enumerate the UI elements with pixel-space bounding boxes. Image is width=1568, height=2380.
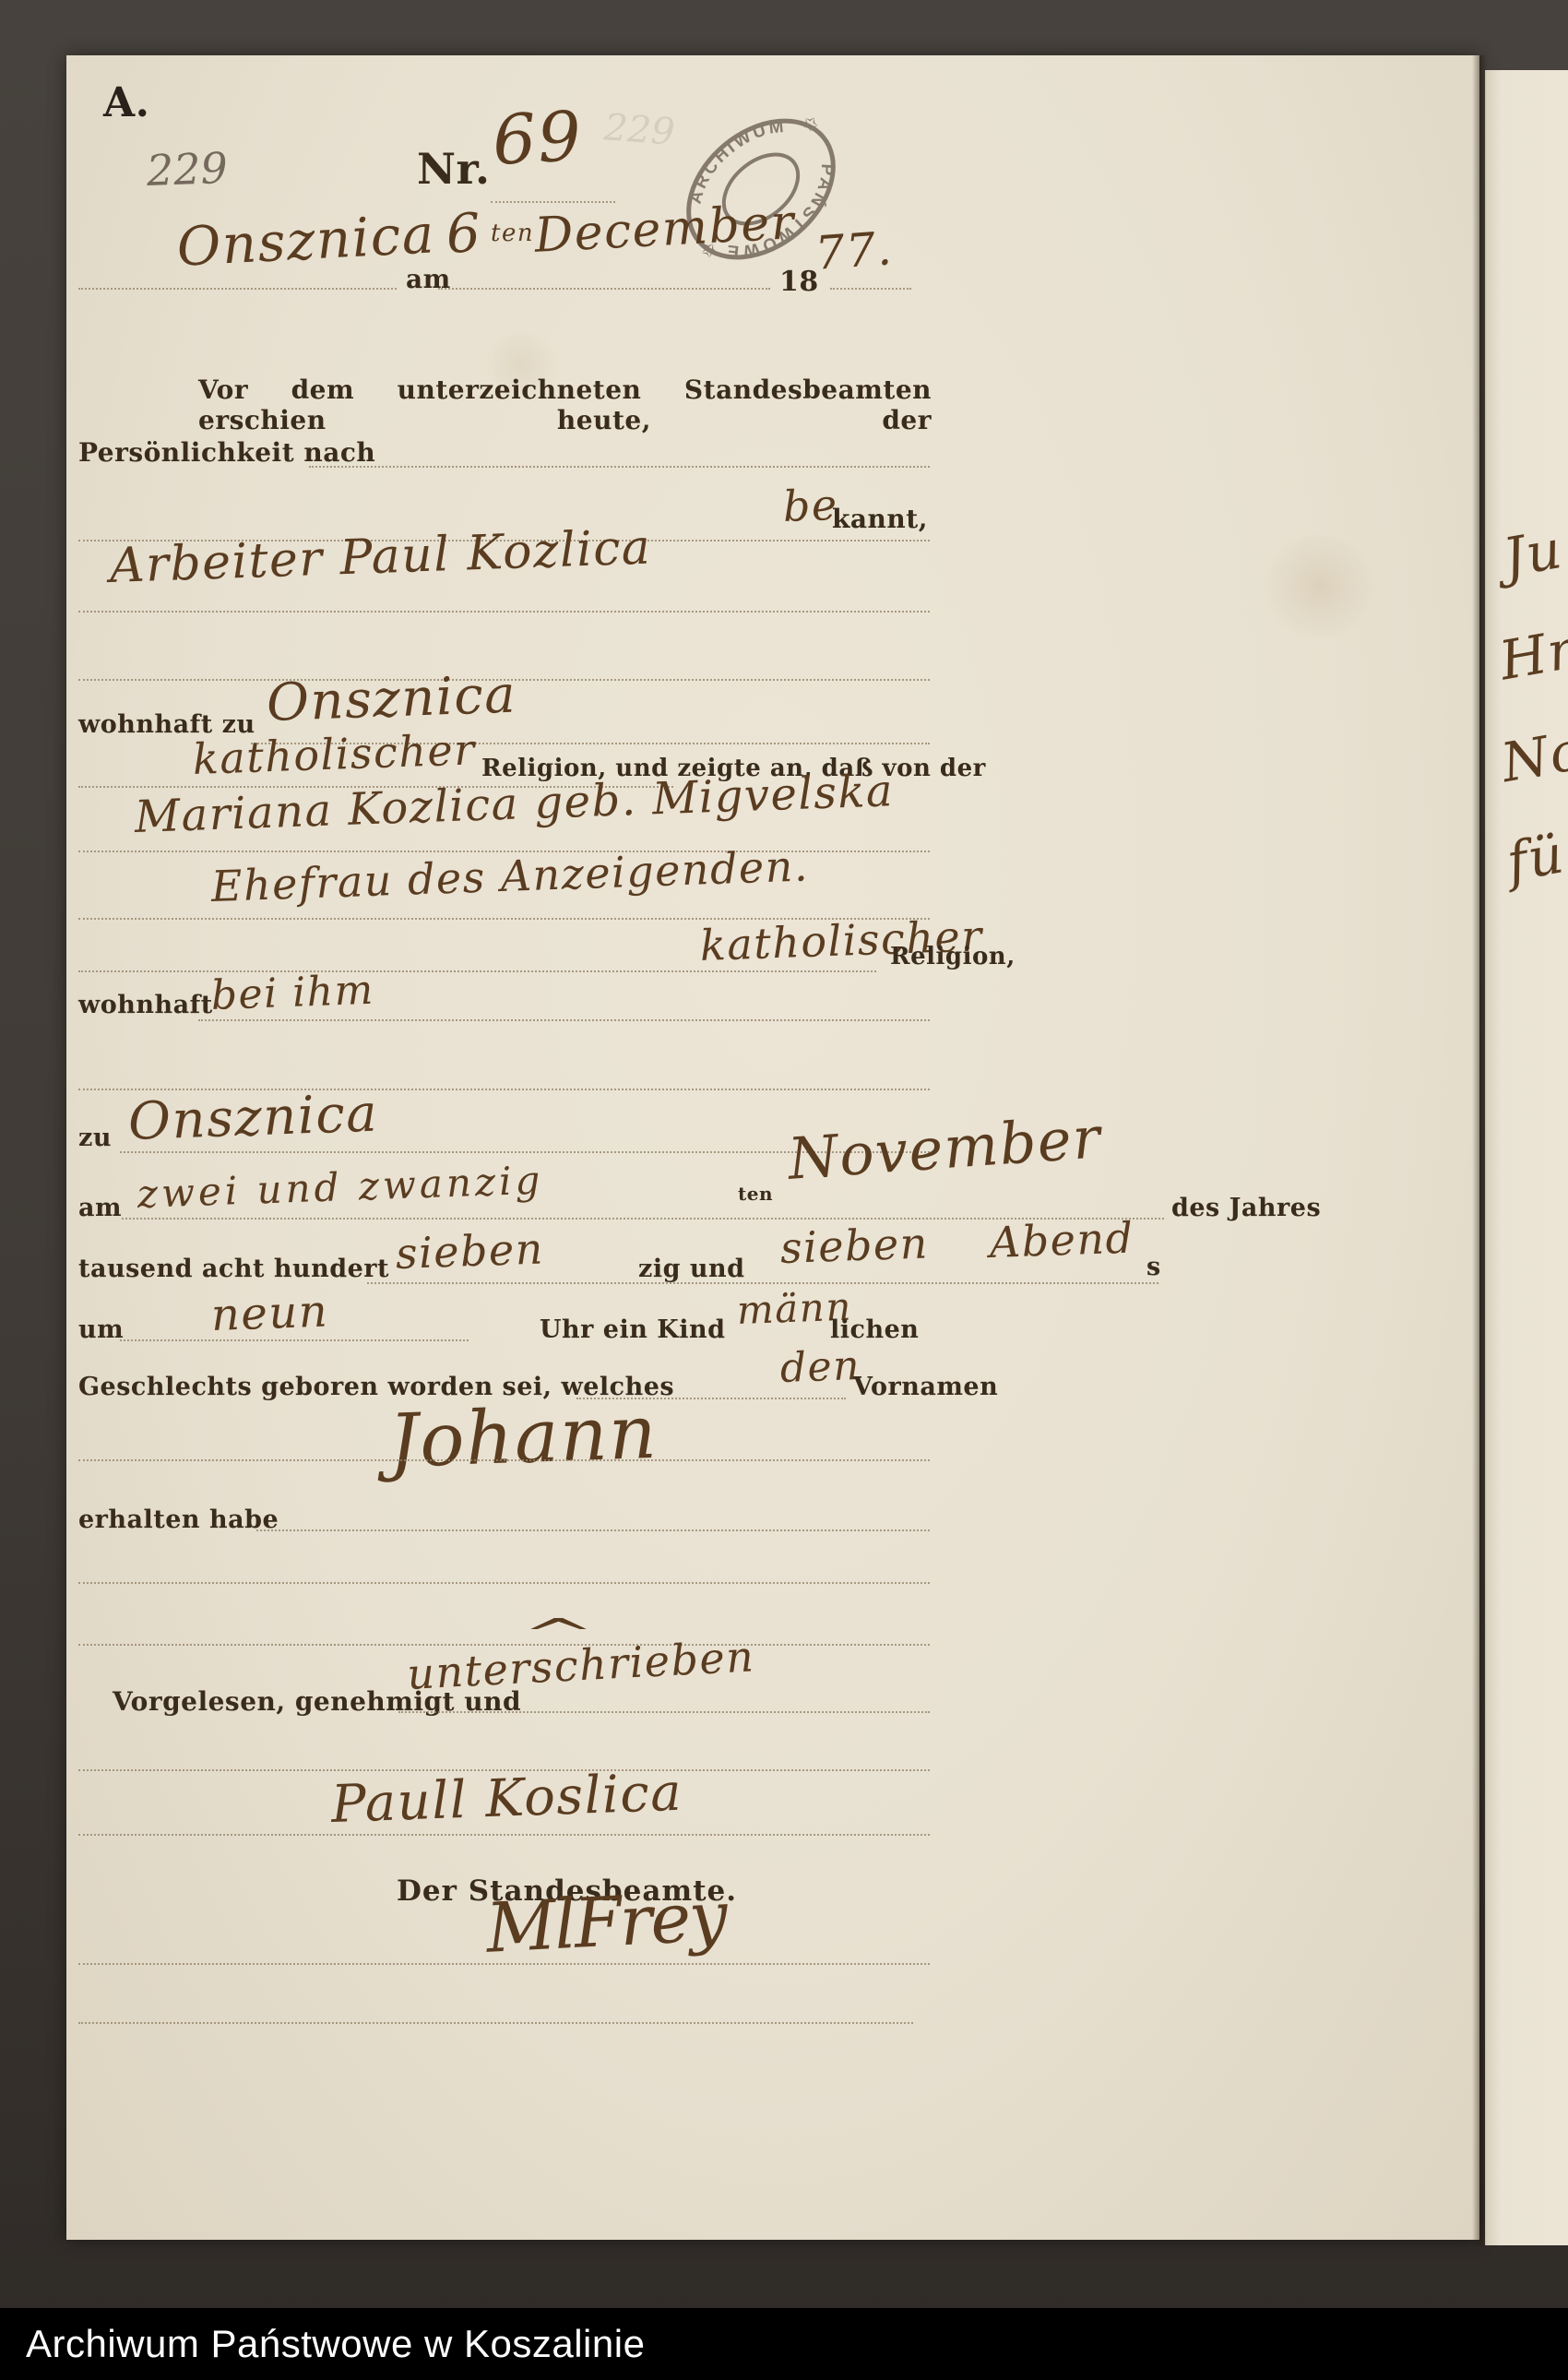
day-suffix-printed: ten bbox=[738, 1183, 773, 1205]
dotted-line bbox=[78, 611, 930, 613]
dotted-line bbox=[78, 1963, 930, 1965]
adjacent-page-fragment: No bbox=[1497, 719, 1568, 794]
archive-scan: Ju Hr No fü A. 229 229 Nr. 69 ARCHIWUM P… bbox=[0, 0, 1568, 2380]
year-printed: 18 bbox=[779, 266, 819, 298]
year-written: 77. bbox=[814, 221, 895, 280]
dotted-line bbox=[367, 1282, 1158, 1284]
dotted-line bbox=[78, 2022, 913, 2024]
erhalten-label: erhalten habe bbox=[78, 1505, 279, 1534]
form-letter-label: A. bbox=[103, 79, 149, 126]
den-hand: den bbox=[779, 1342, 861, 1392]
des-jahres-label: des Jahres bbox=[1171, 1194, 1321, 1222]
declarant-residence: Onsznica bbox=[266, 665, 517, 733]
year-ones-hand: sieben bbox=[779, 1218, 930, 1273]
bekannt-printed: kannt, bbox=[832, 504, 928, 534]
decade-hand: sieben bbox=[395, 1223, 545, 1279]
pencil-number-ghost: 229 bbox=[602, 106, 675, 153]
signature-declarant: Paull Koslica bbox=[330, 1763, 683, 1835]
religion2-printed: Religion, bbox=[890, 943, 1016, 970]
dotted-line bbox=[78, 1834, 930, 1836]
um-label: um bbox=[78, 1315, 124, 1344]
s-label: s bbox=[1146, 1253, 1161, 1281]
wohnhaft-label: wohnhaft bbox=[78, 991, 213, 1019]
birth-place: Onsznica bbox=[127, 1084, 379, 1152]
bekannt-hand: be bbox=[782, 480, 839, 531]
dotted-line bbox=[198, 1019, 930, 1021]
intro-line: Vor dem unterzeichneten Standesbeamten e… bbox=[198, 375, 932, 435]
archive-name: Archiwum Państwowe w Koszalinie bbox=[0, 2308, 1568, 2380]
zig-und-label: zig und bbox=[638, 1255, 745, 1283]
adjacent-page-fragment: Hr bbox=[1495, 617, 1568, 692]
archive-footer-bar: Archiwum Państwowe w Koszalinie bbox=[0, 2308, 1568, 2380]
dotted-line bbox=[491, 201, 615, 203]
dotted-line bbox=[120, 1339, 469, 1341]
am-birth-label: am bbox=[78, 1194, 122, 1222]
registration-day-suffix: ten bbox=[491, 220, 534, 247]
nr-label: Nr. bbox=[417, 144, 491, 194]
dotted-line bbox=[78, 288, 397, 290]
wohnhaft-hand: bei ihm bbox=[210, 967, 375, 1019]
registration-day: 6 bbox=[445, 201, 483, 266]
religion1-hand: katholischer bbox=[192, 724, 476, 784]
nr-value: 69 bbox=[491, 97, 585, 181]
lichen-label: lichen bbox=[830, 1315, 919, 1344]
vornamen-label: Vornamen bbox=[853, 1373, 998, 1401]
dotted-line bbox=[256, 1529, 930, 1531]
am-label: am bbox=[406, 264, 451, 294]
dotted-line bbox=[309, 466, 930, 468]
dotted-line bbox=[78, 1582, 930, 1584]
adjacent-page-edge: Ju Hr No fü bbox=[1485, 70, 1568, 2245]
dotted-line bbox=[78, 1459, 930, 1461]
signature-officer: MlFrey bbox=[484, 1876, 728, 1968]
page-fold-shadow bbox=[1472, 55, 1487, 2246]
dotted-line bbox=[830, 288, 911, 290]
dotted-line bbox=[438, 288, 770, 290]
uhr-label: Uhr ein Kind bbox=[540, 1315, 726, 1344]
daytime-hand: Abend bbox=[989, 1213, 1134, 1267]
adjacent-page-fragment: Ju bbox=[1499, 518, 1567, 589]
dotted-line bbox=[78, 970, 876, 972]
pencil-number: 229 bbox=[146, 143, 229, 196]
persoenlichkeit-label: Persönlichkeit nach bbox=[78, 437, 375, 468]
child-name: Johann bbox=[387, 1389, 659, 1484]
adjacent-page-fragment: fü bbox=[1503, 822, 1568, 894]
hour-hand: neun bbox=[210, 1286, 329, 1341]
zu-label: zu bbox=[78, 1124, 112, 1152]
tausend-label: tausend acht hundert bbox=[78, 1255, 389, 1283]
dotted-line bbox=[398, 1711, 930, 1713]
